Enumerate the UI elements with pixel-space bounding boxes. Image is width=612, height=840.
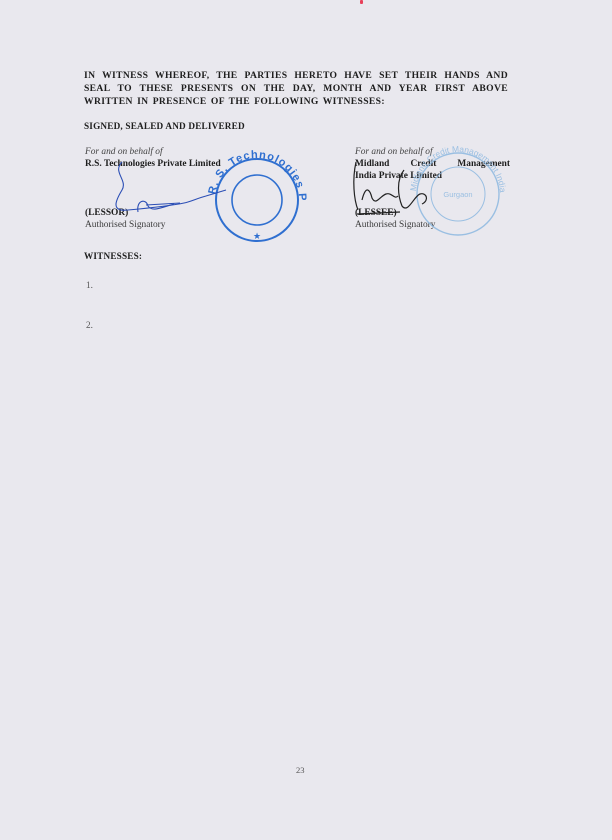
witnesses-heading: WITNESSES: <box>84 251 142 261</box>
lessor-role: (LESSOR) <box>85 207 265 219</box>
lessee-signature-block: For and on behalf of Midland Credit Mana… <box>355 146 510 231</box>
lessee-behalf-label: For and on behalf of <box>355 146 510 158</box>
page-number: 23 <box>296 765 305 775</box>
lessee-role: (LESSEE) <box>355 207 510 219</box>
lessee-company-line1: Midland Credit Management <box>355 158 510 170</box>
witness-2-number: 2. <box>86 320 93 330</box>
lessor-signature-block: For and on behalf of R.S. Technologies P… <box>85 146 265 231</box>
lessor-company: R.S. Technologies Private Limited <box>85 158 265 170</box>
witness-1-number: 1. <box>86 280 93 290</box>
witness-clause: IN WITNESS WHEREOF, THE PARTIES HERETO H… <box>84 70 508 108</box>
lessor-behalf-label: For and on behalf of <box>85 146 265 158</box>
lessee-company-line2: India Private Limited <box>355 170 510 182</box>
lessee-signatory: Authorised Signatory <box>355 219 510 231</box>
star-icon: ★ <box>253 232 261 242</box>
lessor-signatory: Authorised Signatory <box>85 219 265 231</box>
signed-sealed-heading: SIGNED, SEALED AND DELIVERED <box>84 121 245 131</box>
scan-mark <box>360 0 363 4</box>
